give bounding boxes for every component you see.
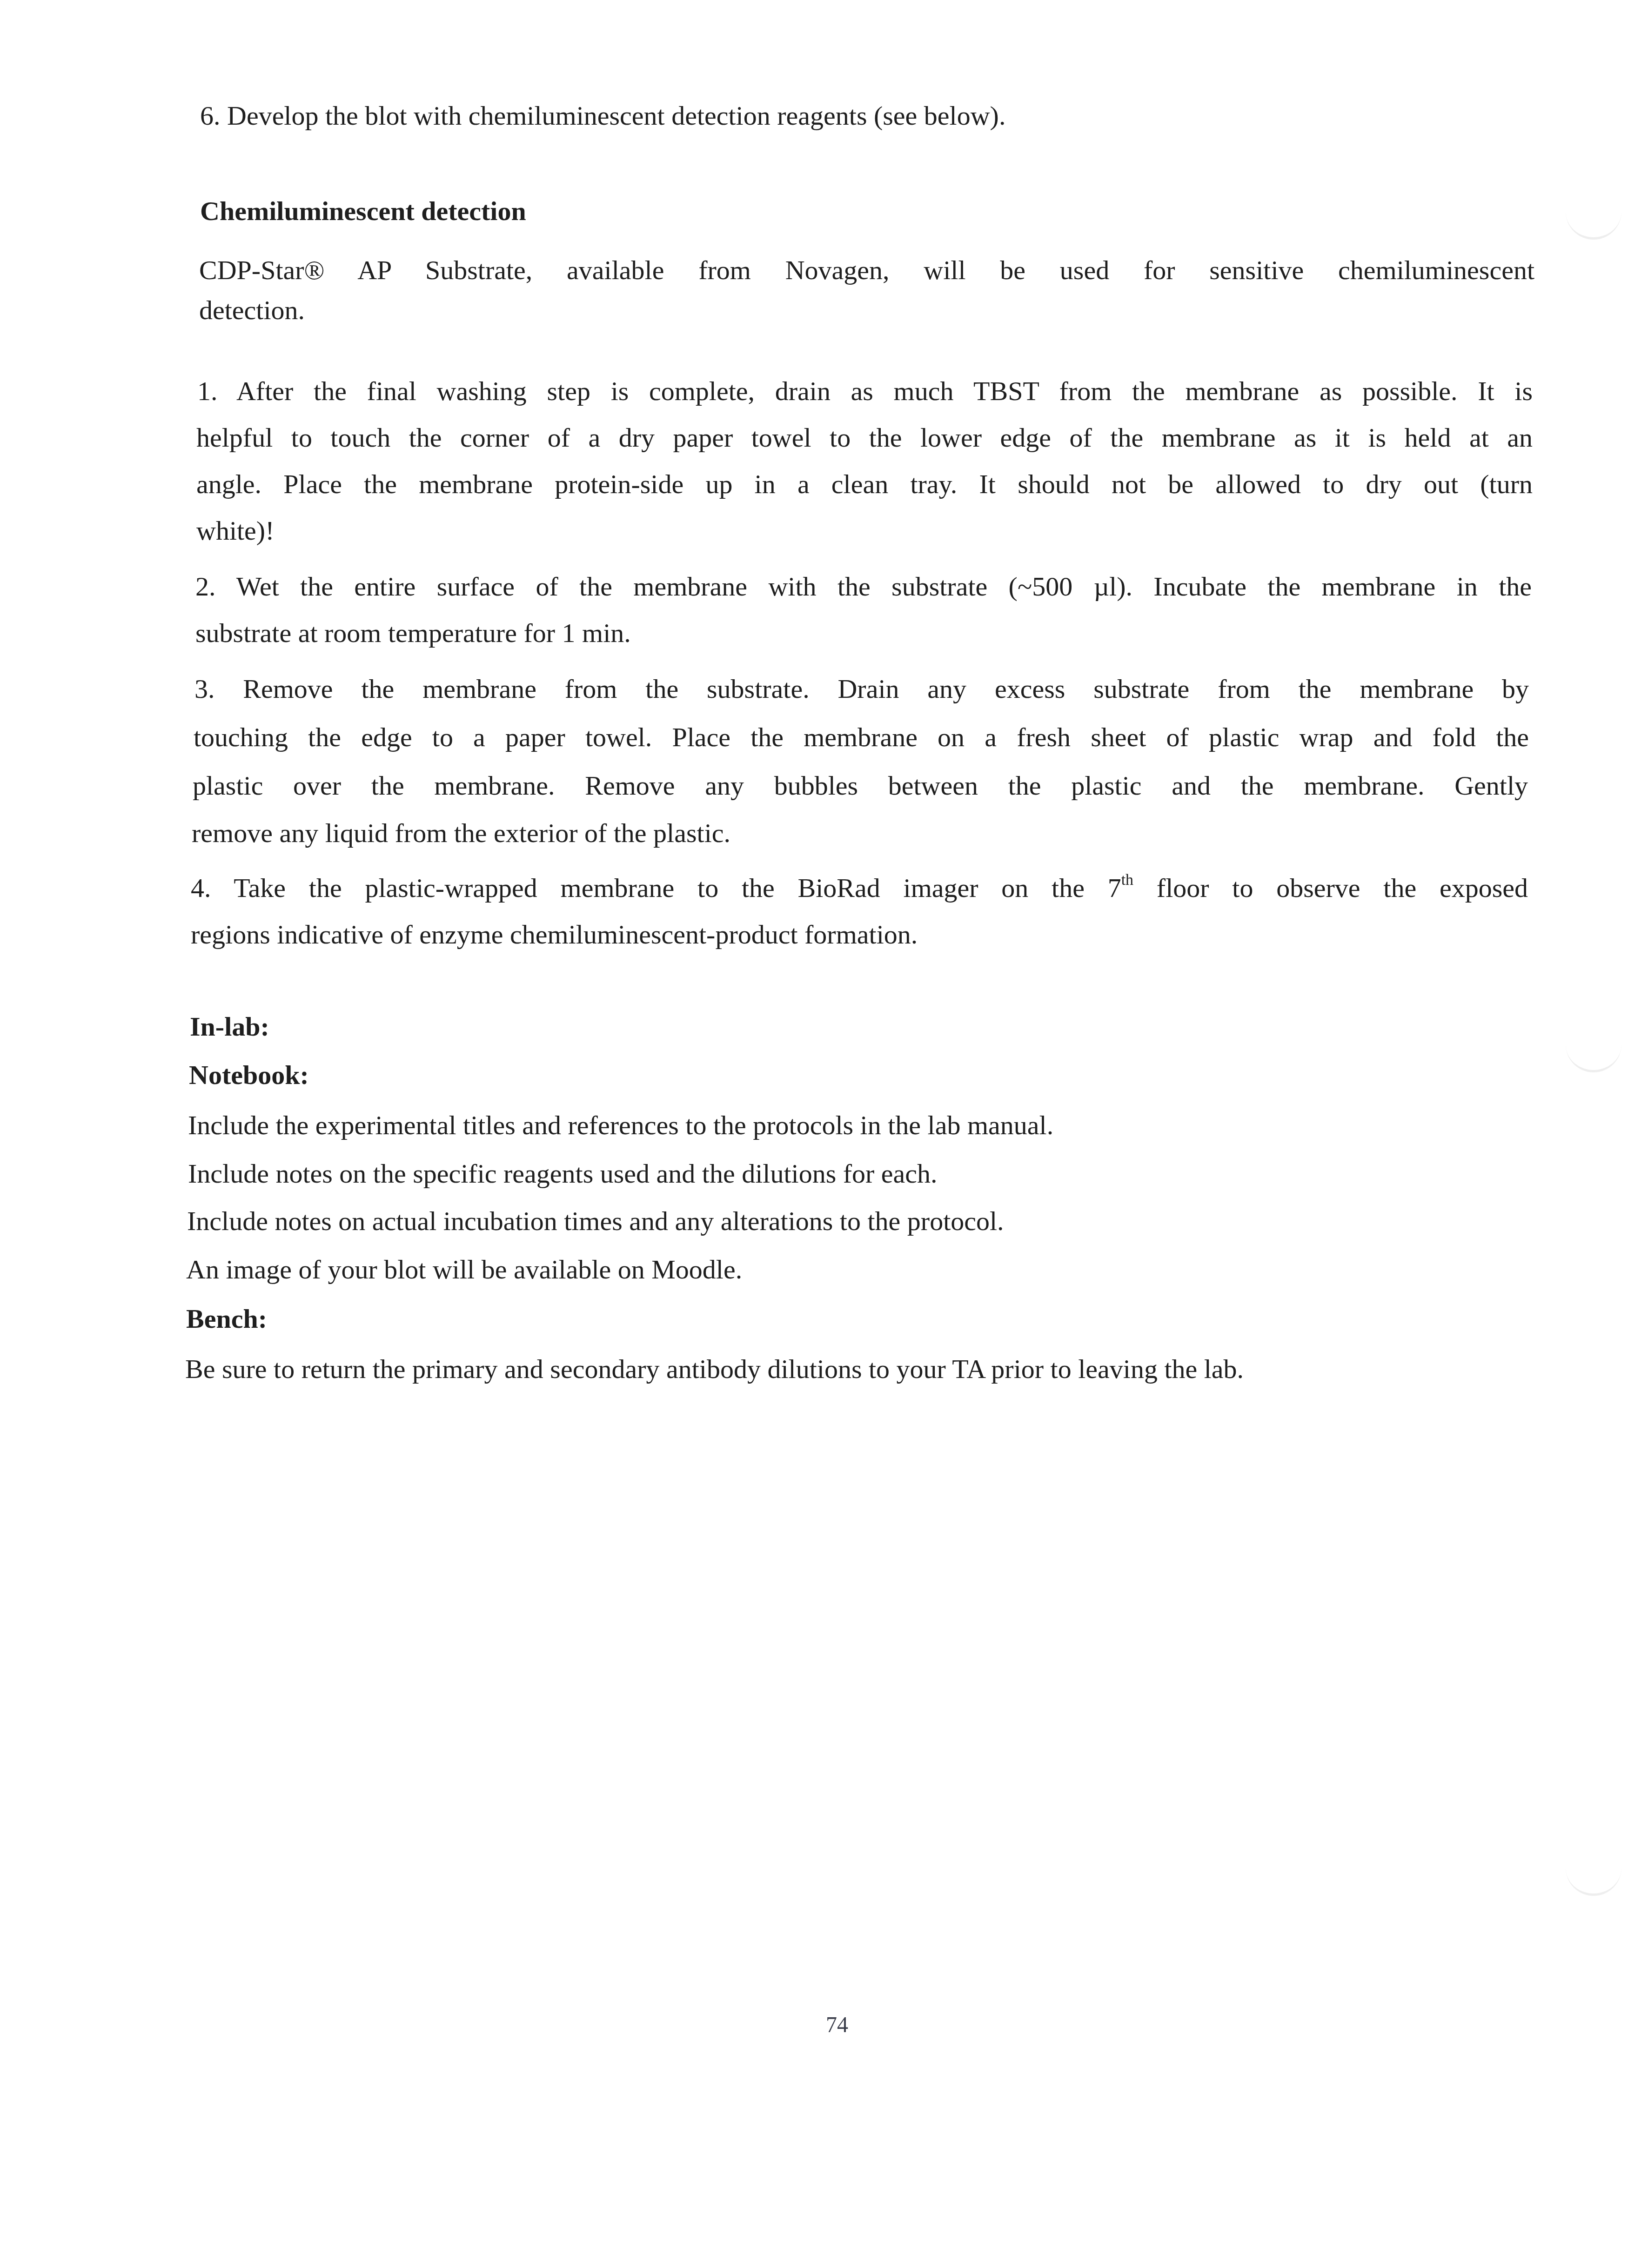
punch-hole-mark: [1566, 209, 1621, 240]
notebook-item: Include notes on the specific reagents u…: [188, 1160, 938, 1187]
intro-paragraph-line-2: detection.: [199, 297, 305, 324]
section-heading-chemiluminescent-detection: Chemiluminescent detection: [200, 198, 526, 225]
step-1-line: 1. After the final washing step is compl…: [197, 378, 1533, 405]
step-3-line: touching the edge to a paper towel. Plac…: [194, 724, 1529, 751]
step-3-line: 3. Remove the membrane from the substrat…: [194, 676, 1529, 702]
punch-hole-mark: [1566, 1866, 1621, 1896]
step-1-line: white)!: [196, 517, 275, 544]
step-3-line: remove any liquid from the exterior of t…: [192, 820, 730, 847]
step-6-text: 6. Develop the blot with chemiluminescen…: [200, 102, 1005, 129]
step-4-text: 4. Take the plastic-wrapped membrane to …: [191, 873, 1121, 903]
notebook-item: An image of your blot will be available …: [186, 1256, 742, 1283]
step-2-line: substrate at room temperature for 1 min.: [195, 620, 631, 647]
step-4-line-1: 4. Take the plastic-wrapped membrane to …: [191, 875, 1528, 902]
step-1-line: angle. Place the membrane protein-side u…: [196, 471, 1533, 498]
bench-heading: Bench:: [186, 1305, 267, 1332]
superscript-th: th: [1121, 871, 1133, 889]
step-1-line: helpful to touch the corner of a dry pap…: [196, 424, 1533, 451]
intro-paragraph-line-1: CDP-Star® AP Substrate, available from N…: [199, 257, 1534, 284]
notebook-item: Include notes on actual incubation times…: [187, 1208, 1004, 1235]
notebook-item: Include the experimental titles and refe…: [188, 1112, 1053, 1139]
step-4-line-2: regions indicative of enzyme chemilumine…: [191, 921, 918, 948]
bench-text: Be sure to return the primary and second…: [185, 1356, 1244, 1383]
notebook-heading: Notebook:: [189, 1062, 309, 1089]
step-3-line: plastic over the membrane. Remove any bu…: [193, 772, 1528, 799]
step-4-text: floor to observe the exposed: [1133, 873, 1528, 903]
punch-hole-mark: [1566, 1042, 1621, 1072]
step-2-line: 2. Wet the entire surface of the membran…: [195, 573, 1532, 600]
page-number: 74: [826, 2012, 848, 2038]
in-lab-heading: In-lab:: [190, 1013, 269, 1040]
